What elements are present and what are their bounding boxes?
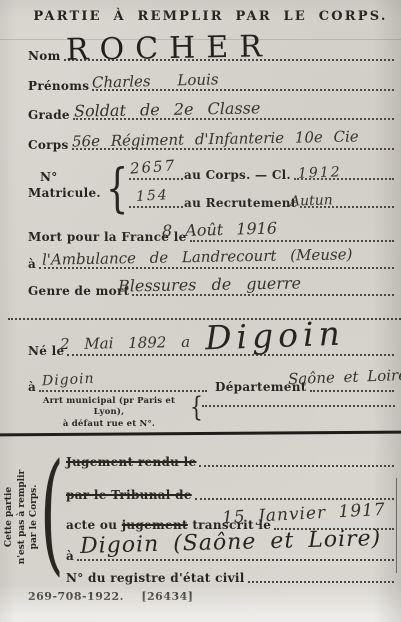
ne-le-date-value: 2 Mai 1892 a	[60, 333, 190, 353]
genre-mort-label: Genre de mort	[28, 284, 129, 298]
transcrit-lieu-label: à	[66, 549, 74, 563]
sidebar-note: Cette partie n'est pas à remplir par le …	[3, 456, 45, 578]
tribunal-dotted-line	[195, 496, 394, 500]
nom-value: ROCHER	[66, 29, 273, 68]
registre-dotted-line	[248, 579, 394, 583]
matricule-recr-suffix-label: au Recrutement	[184, 196, 297, 210]
arrondissement-label: Arrt municipal (pr Paris et Lyon), à déf…	[28, 396, 190, 430]
prenoms-value: Charles Louis	[92, 70, 219, 91]
footer-print-code: 269-708-1922. [26434]	[28, 590, 194, 603]
print-bracket-number: [26434]	[141, 590, 193, 603]
jugement-label: Jugement rendu le	[66, 455, 196, 469]
matricule-recr-value: Autun	[290, 192, 333, 209]
field-row-jugement: Jugement rendu le	[66, 452, 395, 469]
departement-dotted-line	[310, 388, 394, 392]
acte-label-struck: jugement	[122, 518, 188, 532]
jugement-dotted-line	[199, 463, 394, 467]
matricule-label-line1: N°	[40, 170, 58, 184]
field-row-tribunal: par le Tribunal de	[66, 485, 395, 502]
ne-le-label: Né le	[28, 344, 64, 358]
sidebar-note-line1: Cette partie	[4, 487, 14, 547]
acte-label-prefix: acte ou	[66, 518, 122, 532]
page-title: PARTIE À REMPLIR PAR LE CORPS.	[20, 9, 401, 24]
arrondissement-dotted-line	[202, 403, 395, 407]
judgment-brace: (	[40, 446, 64, 578]
grade-value: Soldat de 2e Classe	[74, 98, 261, 120]
prenoms-label: Prénoms	[28, 79, 89, 93]
mort-lieu-label: à	[28, 257, 36, 271]
matricule-label-line2: Matricule.	[28, 186, 101, 200]
matricule-recr-number: 154	[136, 187, 170, 205]
ne-a-dotted-line	[39, 388, 207, 392]
arrondissement-label-line1: Arrt municipal (pr Paris et Lyon),	[43, 396, 175, 417]
field-row-registre: N° du registre d'état civil	[66, 568, 395, 585]
grade-label: Grade	[28, 108, 70, 122]
genre-mort-value: Blessures de guerre	[118, 273, 301, 295]
registre-label: N° du registre d'état civil	[66, 571, 245, 585]
matricule-corps-suffix-label: au Corps. — Cl.	[184, 168, 291, 182]
matricule-corps-number: 2657	[129, 156, 176, 177]
matricule-classe-value: 1912	[298, 164, 342, 182]
scan-edge-line	[396, 478, 398, 573]
ne-le-place-value: Digoin	[204, 314, 345, 358]
ne-a-label: à	[28, 380, 36, 394]
ne-a-value: Digoin	[42, 371, 95, 390]
sidebar-note-line3: par le Corps.	[29, 485, 39, 550]
arrondissement-label-line2: à défaut rue et N°.	[63, 419, 155, 429]
arrondissement-brace: {	[190, 394, 203, 421]
print-code: 269-708-1922.	[28, 590, 124, 603]
matricule-brace: {	[106, 162, 128, 215]
tribunal-label: par le Tribunal de	[66, 488, 192, 502]
death-record-card: PARTIE À REMPLIR PAR LE CORPS. Nom ROCHE…	[0, 0, 401, 622]
nom-label: Nom	[28, 49, 61, 63]
corps-label: Corps	[28, 138, 69, 152]
mort-date-value: 8 Août 1916	[162, 218, 277, 240]
sidebar-note-line2: n'est pas à remplir	[17, 470, 27, 565]
